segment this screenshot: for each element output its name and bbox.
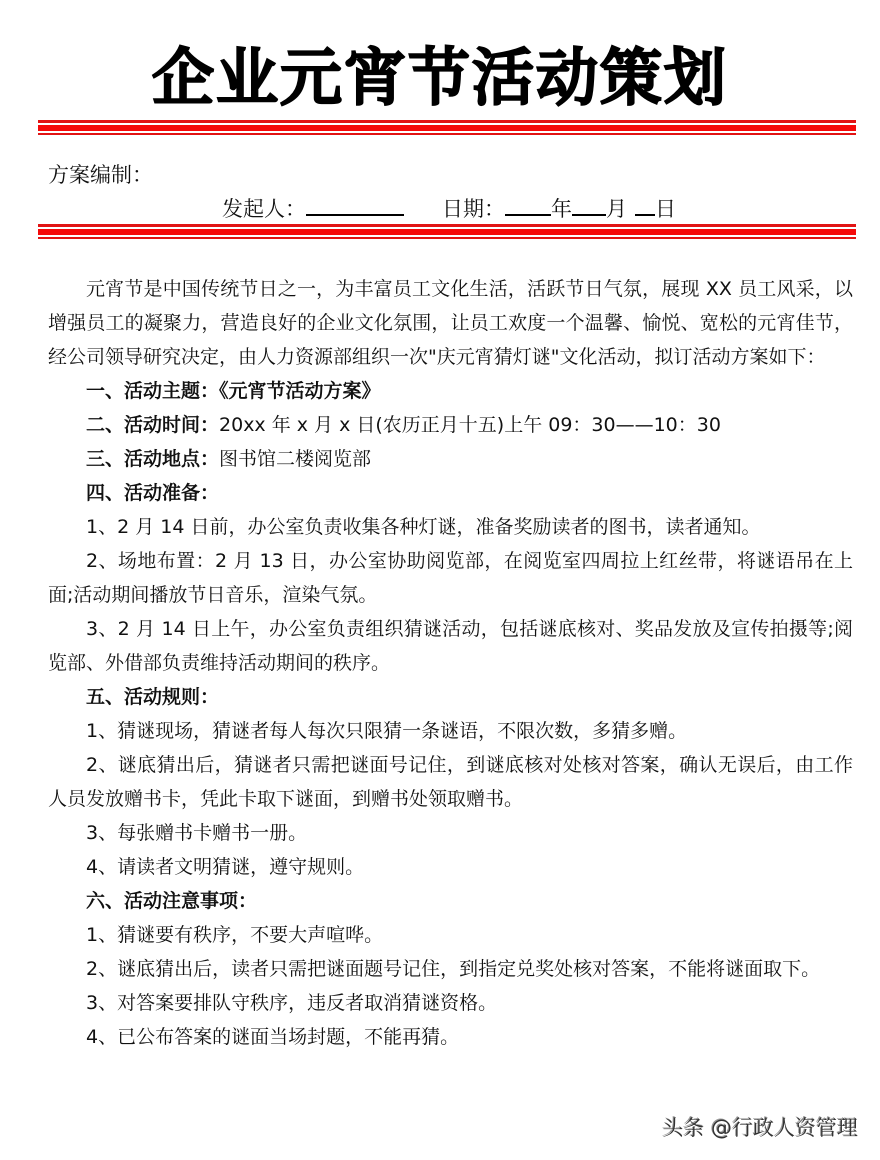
month-unit: 月	[606, 197, 627, 221]
section-heading: 一、活动主题：	[86, 380, 219, 402]
list-item: 4、请读者文明猜谜，遵守规则。	[48, 850, 853, 884]
list-item: 3、每张赠书卡赠书一册。	[48, 816, 853, 850]
watermark: 头条 @行政人资管理	[662, 1112, 858, 1142]
list-item: 3、2 月 14 日上午，办公室负责组织猜谜活动，包括谜底核对、奖品发放及宣传拍…	[48, 612, 853, 680]
section-theme: 一、活动主题：《元宵节活动方案》	[48, 374, 853, 408]
section-value: 20xx 年 x 月 x 日(农历正月十五)上午 09：30——10：30	[219, 414, 721, 436]
list-item: 2、场地布置：2 月 13 日，办公室协助阅览部，在阅览室四周拉上红丝带，将谜语…	[48, 544, 853, 612]
section-heading-notes: 六、活动注意事项：	[48, 884, 853, 918]
month-blank[interactable]	[572, 192, 606, 216]
signature-line: 发起人：日期：年月日	[222, 192, 676, 224]
list-item: 3、对答案要排队守秩序，违反者取消猜谜资格。	[48, 986, 853, 1020]
list-item: 1、猜谜现场，猜谜者每人每次只限猜一条谜语，不限次数，多猜多赠。	[48, 714, 853, 748]
year-blank[interactable]	[505, 192, 551, 216]
list-item: 2、谜底猜出后，猜谜者只需把谜面号记住，到谜底核对处核对答案，确认无误后，由工作…	[48, 748, 853, 816]
section-location: 三、活动地点：图书馆二楼阅览部	[48, 442, 853, 476]
section-heading-rules: 五、活动规则：	[48, 680, 853, 714]
red-divider-top	[38, 120, 856, 136]
list-item: 2、谜底猜出后，读者只需把谜面题号记住，到指定兑奖处核对答案，不能将谜面取下。	[48, 952, 853, 986]
section-heading: 二、活动时间：	[86, 414, 219, 436]
day-unit: 日	[655, 197, 676, 221]
list-item: 4、已公布答案的谜面当场封题，不能再猜。	[48, 1020, 853, 1054]
section-time: 二、活动时间：20xx 年 x 月 x 日(农历正月十五)上午 09：30——1…	[48, 408, 853, 442]
document-body: 元宵节是中国传统节日之一，为丰富员工文化生活，活跃节日气氛，展现 XX 员工风采…	[48, 272, 853, 1054]
section-value: 《元宵节活动方案》	[219, 380, 381, 402]
intro-paragraph: 元宵节是中国传统节日之一，为丰富员工文化生活，活跃节日气氛，展现 XX 员工风采…	[48, 272, 853, 374]
day-blank[interactable]	[635, 192, 655, 216]
initiator-label: 发起人：	[222, 197, 306, 221]
document-title: 企业元宵节活动策划	[0, 38, 880, 118]
year-unit: 年	[551, 197, 572, 221]
section-heading: 三、活动地点：	[86, 448, 219, 470]
initiator-blank[interactable]	[306, 192, 404, 216]
section-value: 图书馆二楼阅览部	[219, 448, 371, 470]
list-item: 1、猜谜要有秩序，不要大声喧哗。	[48, 918, 853, 952]
compiler-label: 方案编制：	[48, 160, 153, 190]
section-heading-preparation: 四、活动准备：	[48, 476, 853, 510]
date-label: 日期：	[442, 197, 505, 221]
list-item: 1、2 月 14 日前，办公室负责收集各种灯谜，准备奖励读者的图书，读者通知。	[48, 510, 853, 544]
red-divider-bottom	[38, 224, 856, 240]
